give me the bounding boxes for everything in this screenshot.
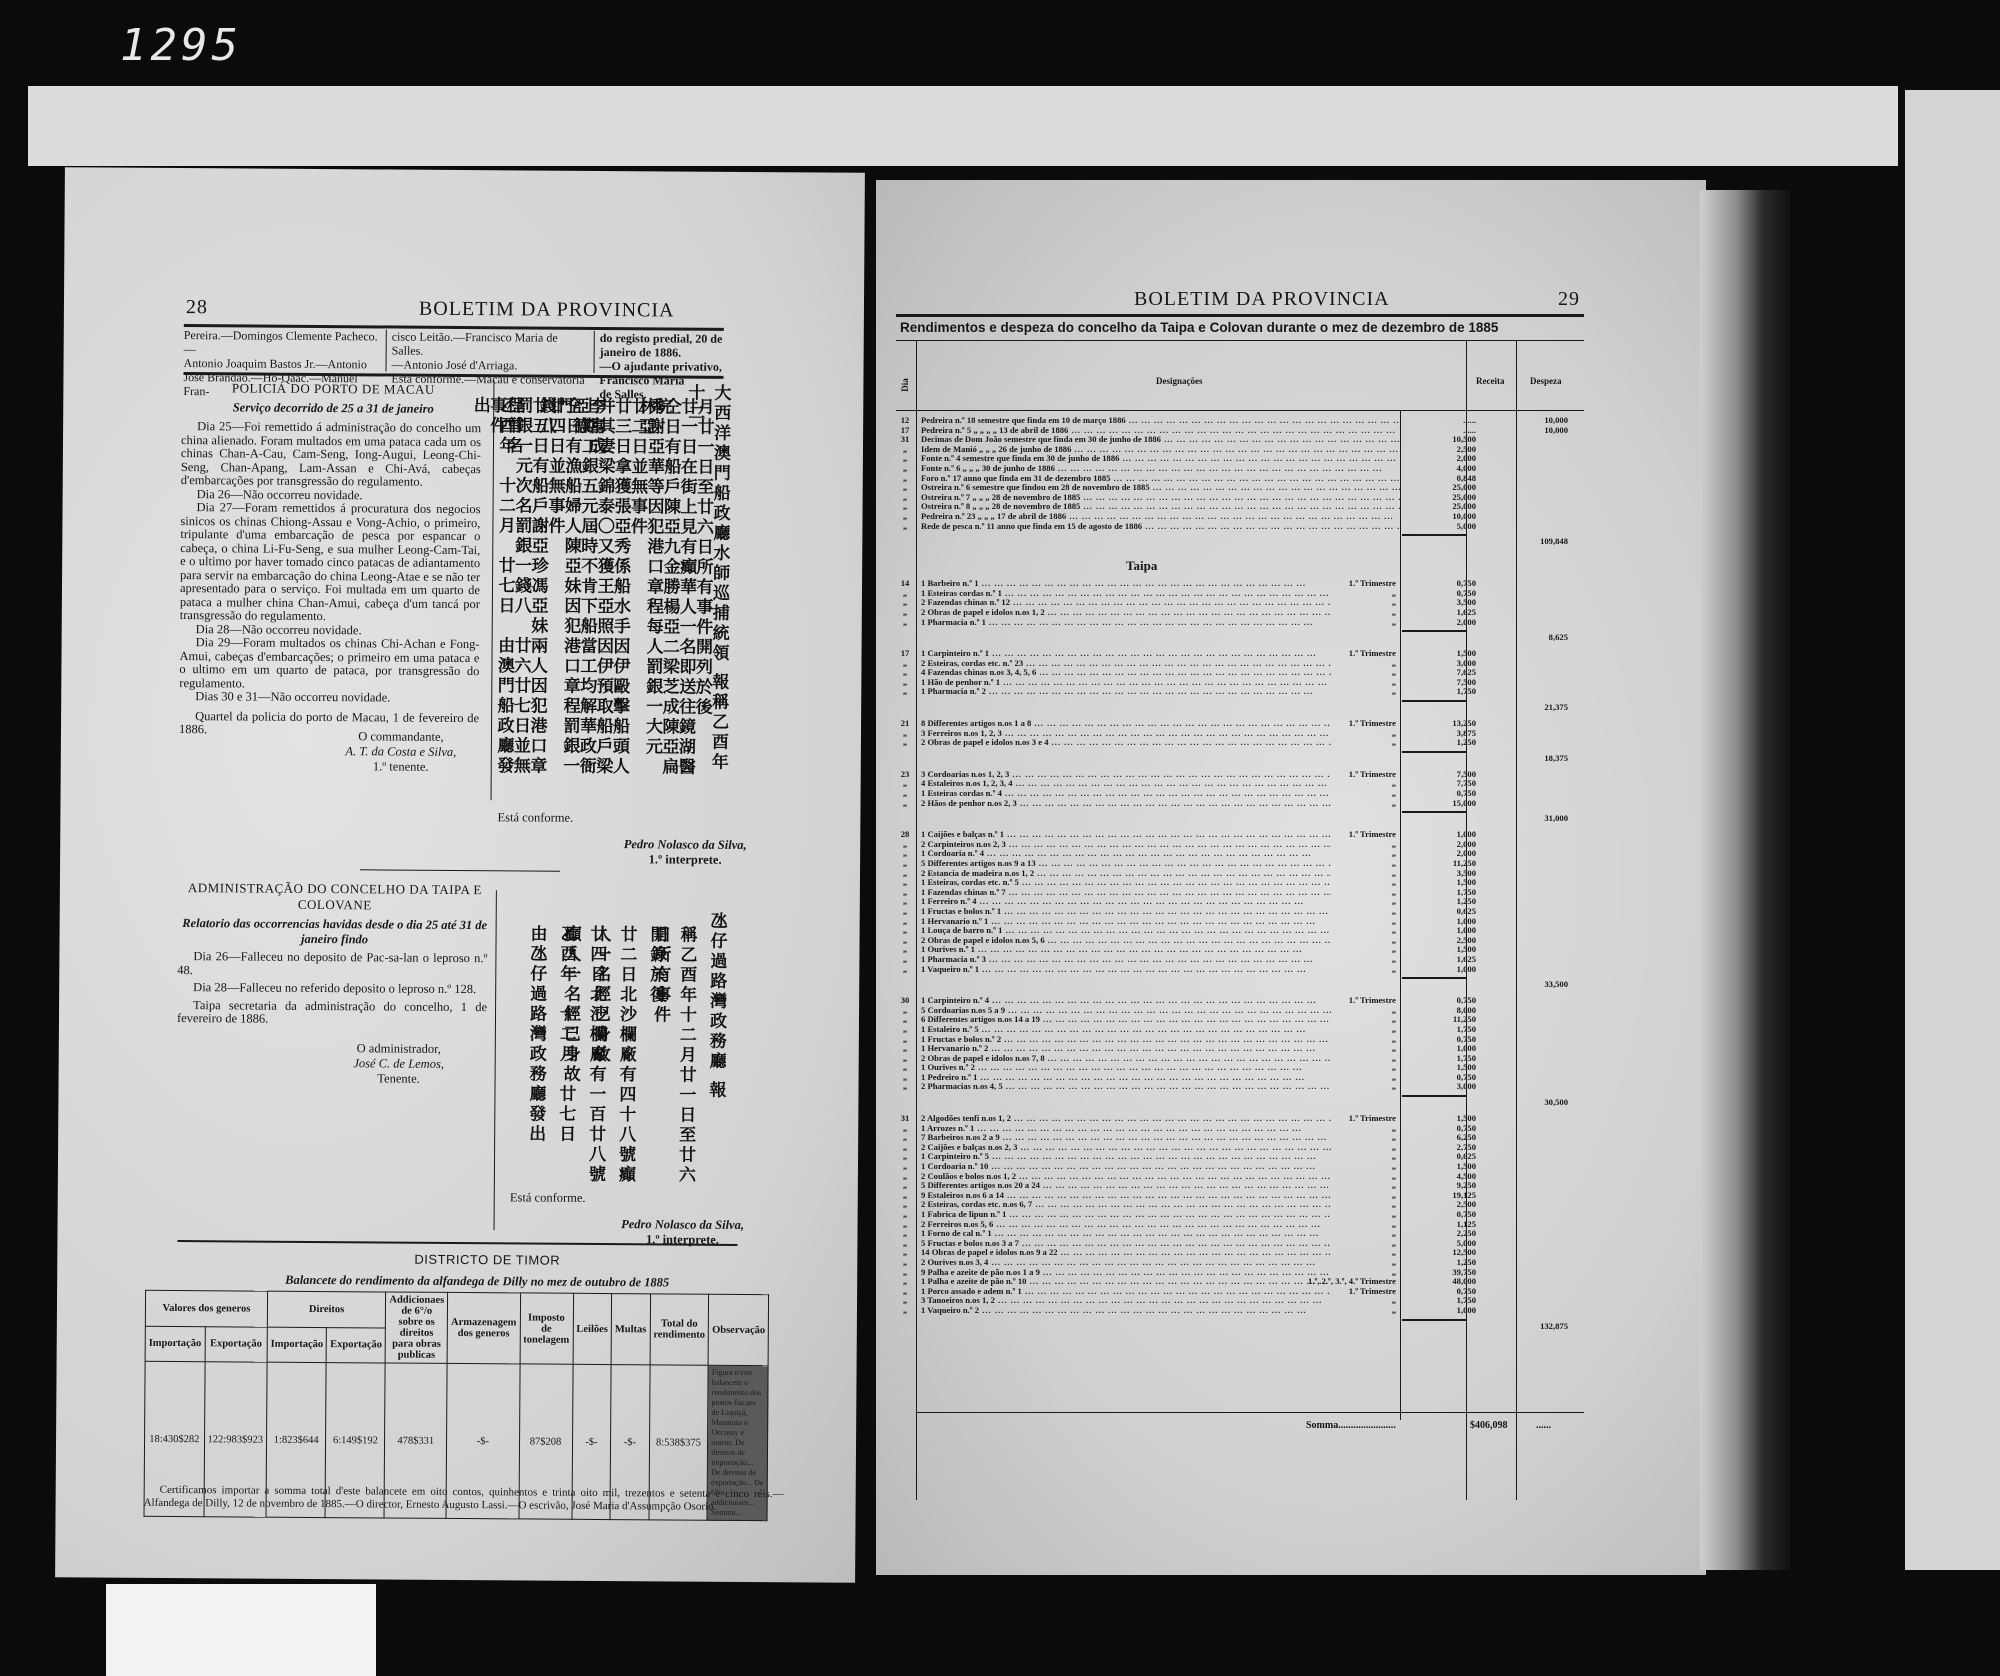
police-section-subtitle: Serviço decorrido de 25 a 31 de janeiro: [183, 400, 483, 417]
running-head: BOLETIM DA PROVINCIA: [419, 298, 675, 323]
chinese-taipa-conformity: Está conforme.: [498, 1190, 598, 1206]
taipa-admin-subtitle: Relatorio das occorrencias havidas desde…: [179, 916, 489, 948]
continuation-col-2: cisco Leitão.—Francisco Maria de Salles.…: [391, 330, 591, 387]
col-day: Dia: [900, 378, 910, 392]
table-row: „1 Pharmacia n.º 2„1,750: [896, 687, 1576, 697]
table-row: „2 Obras de papel e idolos n.os 3 e 4„1,…: [896, 738, 1576, 748]
right-page: BOLETIM DA PROVINCIA 29 Rendimentos e de…: [876, 180, 1706, 1575]
table-title: Rendimentos e despeza do concelho da Tai…: [900, 320, 1498, 335]
chinese-text-column: 乙酉年 十二月 廿七日 由澳門船政廳發出: [464, 396, 519, 786]
page-number: 29: [1558, 288, 1580, 311]
chinese-police-conformity: Está conforme.: [490, 810, 580, 826]
group-subtotal: 21,375: [1506, 703, 1568, 713]
table-row: „2 Hãos de penhor n.os 2, 3„15,000: [896, 799, 1576, 809]
top-film-strip: [28, 86, 1898, 166]
taipa-admin-report: Dia 26—Falleceu no deposito de Pac-sa-la…: [177, 950, 488, 1028]
col-expense: Despeza: [1530, 376, 1562, 386]
page-number: 28: [186, 296, 208, 319]
total-receipt: $406,098: [1470, 1420, 1508, 1431]
section-heading: Taipa: [1126, 561, 1157, 571]
right-film-strip: [1905, 90, 2000, 1570]
total-label: Somma.......................: [1306, 1420, 1396, 1431]
table-row: „1 Pharmacia n.º 1„2,000: [896, 618, 1576, 628]
total-expense: ......: [1536, 1420, 1551, 1431]
group-subtotal: 18,375: [1506, 754, 1568, 764]
film-frame-number: 1295: [120, 20, 242, 71]
chinese-police-report: 大西洋澳門船政廳水師巡捕統領 報稱乙酉年十二月廿一日至廿六日所有事件開列於後廿一…: [501, 382, 734, 774]
timor-subtitle: Balancete do rendimento da alfandega de …: [207, 1272, 747, 1291]
running-head: BOLETIM DA PROVINCIA: [1134, 288, 1390, 311]
table-row: „Rede de pesca n.º 11 anno que finda em …: [896, 522, 1576, 532]
table-row: „2 Pharmacias n.os 4, 5„3,000: [896, 1082, 1576, 1092]
corner-label-blank: [106, 1584, 376, 1676]
group-subtotal: 8,625: [1506, 633, 1568, 643]
chinese-text-column: 由氹仔過路灣政務廳發出: [522, 924, 550, 1184]
page-edge-shadow: [1700, 190, 1790, 1570]
taipa-admin-title: ADMINISTRAÇÃO DO CONCELHO DA TAIPA E COL…: [180, 880, 490, 914]
group-subtotal: 132,875: [1506, 1322, 1568, 1332]
timor-title: DISTRICTO DE TIMOR: [357, 1251, 617, 1268]
left-page: 28 BOLETIM DA PROVINCIA Pereira.—Domingo…: [55, 167, 865, 1583]
chinese-taipa-report: 氹仔過路灣政務廳 報稱乙酉年十二月廿一日至廿六日所有事件開錄於後廿二日北沙欄廠有…: [508, 910, 730, 1172]
chinese-text-column: 乙酉年 十二月 廿七日: [552, 925, 580, 1185]
group-subtotal: 31,000: [1506, 814, 1568, 824]
group-subtotal: 109,848: [1506, 537, 1568, 547]
group-subtotal: 30,500: [1506, 1098, 1568, 1108]
police-report: Dia 25—Foi remettido á administração do …: [179, 420, 481, 739]
col-receipt: Receita: [1476, 376, 1504, 386]
chinese-text-column: 氹仔過路灣政務廳 報: [702, 912, 730, 1172]
ledger-rows: 12Pedreira n.º 18 semestre que finda em …: [896, 416, 1576, 1338]
police-section-title: POLICIÁ DO PORTO DE MACAU: [183, 380, 483, 398]
group-subtotal: 33,500: [1506, 980, 1568, 990]
col-designation: Designações: [1156, 376, 1203, 386]
table-row: „1 Vaqueiro n.º 1„1,000: [896, 965, 1576, 975]
chinese-police-signature: Pedro Nolasco da Silva,1.º interprete.: [620, 837, 750, 868]
chinese-text-column: 開錄於後: [642, 925, 670, 1185]
table-row: „1 Vaqueiro n.º 2„1,000: [896, 1306, 1576, 1316]
taipa-admin-signature: O administrador,José C. de Lemos,Tenente…: [329, 1041, 469, 1087]
timor-certification: Certificamos importar a somma total d'es…: [144, 1484, 784, 1514]
